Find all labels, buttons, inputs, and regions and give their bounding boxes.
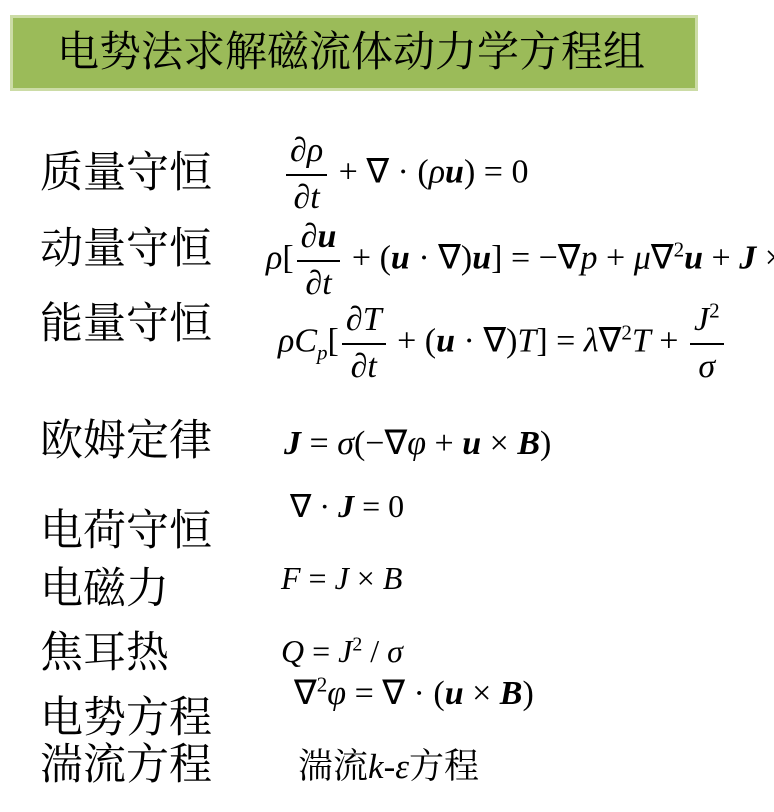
fraction-numerator: ∂ρ xyxy=(286,131,327,176)
title-banner: 电势法求解磁流体动力学方程组 xyxy=(10,15,698,91)
math-token: ∇ xyxy=(599,323,622,360)
fraction-numerator: ∂T xyxy=(342,300,386,345)
math-token: k xyxy=(368,747,384,786)
math-token: σ xyxy=(337,425,354,462)
math-token: J xyxy=(739,240,756,277)
math-token: 方程 xyxy=(409,747,479,786)
math-token: = xyxy=(301,425,337,462)
math-token: ] = xyxy=(536,323,584,360)
fraction: ∂T∂t xyxy=(342,300,386,388)
equation-label-mass-conservation: 质量守恒 xyxy=(40,152,212,195)
math-token: ) xyxy=(540,425,551,462)
equation-energy-conservation: ρCp[∂T∂t + (u · ∇)T] = λ∇2T + J2σ xyxy=(278,300,727,388)
equation-ohms-law: J = σ(−∇φ + u × B) xyxy=(284,424,551,465)
fraction-denominator: ∂t xyxy=(293,176,319,219)
math-token: ∂ xyxy=(301,218,318,255)
equation-label-joule-heat: 焦耳热 xyxy=(40,632,169,675)
equation-joule-heat: Q = J2 / σ xyxy=(281,632,403,670)
math-token: + xyxy=(426,425,462,462)
fraction: ∂ρ∂t xyxy=(286,131,327,219)
math-token: σ xyxy=(698,348,715,385)
math-token: + xyxy=(703,240,739,277)
math-token: + xyxy=(651,323,687,360)
math-sup: 2 xyxy=(674,237,685,261)
math-token: = xyxy=(304,633,338,669)
equation-label-electromagnetic-force: 电磁力 xyxy=(40,568,169,611)
math-token: / xyxy=(362,633,387,669)
math-token: ρ xyxy=(307,132,323,169)
math-token: B xyxy=(517,425,540,462)
math-token: J xyxy=(338,488,354,524)
equation-label-momentum-conservation: 动量守恒 xyxy=(40,228,212,271)
fraction-numerator: J2 xyxy=(690,300,724,345)
fraction-denominator: ∂t xyxy=(305,262,331,305)
math-token: × xyxy=(481,425,517,462)
equation-label-ohms-law: 欧姆定律 xyxy=(40,420,212,463)
equation-mass-conservation: ∂ρ∂t + ∇ · (ρu) = 0 xyxy=(283,131,528,219)
math-token: φ xyxy=(327,675,346,712)
math-token: T xyxy=(632,323,651,360)
math-sup: 2 xyxy=(317,673,328,697)
fraction: ∂u∂t xyxy=(297,217,341,305)
math-token: · ∇) xyxy=(410,240,472,277)
math-token: ρ xyxy=(429,154,445,191)
slide: 电势法求解磁流体动力学方程组 质量守恒 ∂ρ∂t + ∇ · (ρu) = 0 … xyxy=(0,0,774,812)
math-token: u xyxy=(472,240,491,277)
math-token: ∂ xyxy=(346,301,363,338)
math-sup: 2 xyxy=(621,320,632,344)
math-token: J xyxy=(284,425,301,462)
math-token: ρC xyxy=(278,323,317,360)
math-token: ∂ xyxy=(290,132,307,169)
math-token: F xyxy=(281,560,301,596)
math-token: × xyxy=(756,240,774,277)
math-token: Q xyxy=(281,633,304,669)
math-token: + ( xyxy=(389,323,437,360)
math-token: · ∇) xyxy=(455,323,517,360)
math-sup: 2 xyxy=(352,633,362,655)
math-token: × xyxy=(464,675,500,712)
equation-label-electric-potential: 电势方程 xyxy=(40,697,212,740)
math-token: + ( xyxy=(343,240,391,277)
fraction-numerator: ∂u xyxy=(297,217,341,262)
math-token: [ xyxy=(328,323,339,360)
math-token: μ xyxy=(634,240,651,277)
math-sub: p xyxy=(317,340,328,364)
math-token: u xyxy=(462,425,481,462)
math-token: ∂ xyxy=(293,179,310,216)
math-token: × xyxy=(349,560,383,596)
math-token: B xyxy=(500,675,523,712)
math-token: J xyxy=(694,301,709,338)
math-token: J xyxy=(338,633,352,669)
math-token: λ xyxy=(584,323,599,360)
equation-label-charge-conservation: 电荷守恒 xyxy=(40,510,212,553)
math-token: ) xyxy=(522,675,533,712)
math-token: 湍流 xyxy=(298,747,368,786)
fraction: J2σ xyxy=(690,300,724,388)
math-token: T xyxy=(363,301,382,338)
equation-electric-potential: ∇2φ = ∇ · (u × B) xyxy=(294,674,534,715)
slide-title: 电势法求解磁流体动力学方程组 xyxy=(13,32,645,74)
math-token: = 0 xyxy=(354,488,404,524)
math-token: ∂ xyxy=(305,265,322,302)
fraction-denominator: σ xyxy=(698,345,715,388)
math-token: φ xyxy=(407,425,426,462)
math-token: (−∇ xyxy=(354,425,407,462)
math-token: + xyxy=(598,240,634,277)
math-token: u xyxy=(317,218,336,255)
math-token: ∇ · xyxy=(290,488,338,524)
math-token: B xyxy=(383,560,403,596)
math-token: t xyxy=(322,265,331,302)
math-token: u xyxy=(436,323,455,360)
equation-label-turbulence: 湍流方程 xyxy=(40,744,212,787)
math-token: u xyxy=(684,240,703,277)
math-token: ∇ xyxy=(651,240,674,277)
math-token: u xyxy=(445,154,464,191)
math-token: ∂ xyxy=(351,348,368,385)
math-token: = ∇ · ( xyxy=(346,675,445,712)
equation-electromagnetic-force: F = J × B xyxy=(281,559,402,597)
math-token: t xyxy=(367,348,376,385)
math-sup: 2 xyxy=(709,299,720,323)
equation-label-energy-conservation: 能量守恒 xyxy=(40,303,212,346)
math-token: ε xyxy=(395,747,409,786)
fraction-denominator: ∂t xyxy=(351,345,377,388)
math-token: ] = −∇ xyxy=(491,240,580,277)
math-token: [ xyxy=(282,240,293,277)
math-token: u xyxy=(445,675,464,712)
math-token: ) = 0 xyxy=(464,154,529,191)
equation-turbulence-k-epsilon: 湍流k-ε方程 xyxy=(298,746,479,788)
math-token: ∇ xyxy=(294,675,317,712)
math-token: + ∇ · ( xyxy=(330,154,429,191)
math-token: t xyxy=(310,179,319,216)
math-token: - xyxy=(384,747,396,786)
math-token: ρ xyxy=(266,240,282,277)
math-token: u xyxy=(391,240,410,277)
equation-charge-conservation: ∇ · J = 0 xyxy=(290,487,404,525)
math-token: σ xyxy=(387,633,403,669)
math-token: p xyxy=(581,240,598,277)
math-token: = xyxy=(301,560,335,596)
math-token: T xyxy=(517,323,536,360)
math-token: J xyxy=(335,560,349,596)
equation-momentum-conservation: ρ[∂u∂t + (u · ∇)u] = −∇p + μ∇2u + J × B xyxy=(266,217,774,305)
